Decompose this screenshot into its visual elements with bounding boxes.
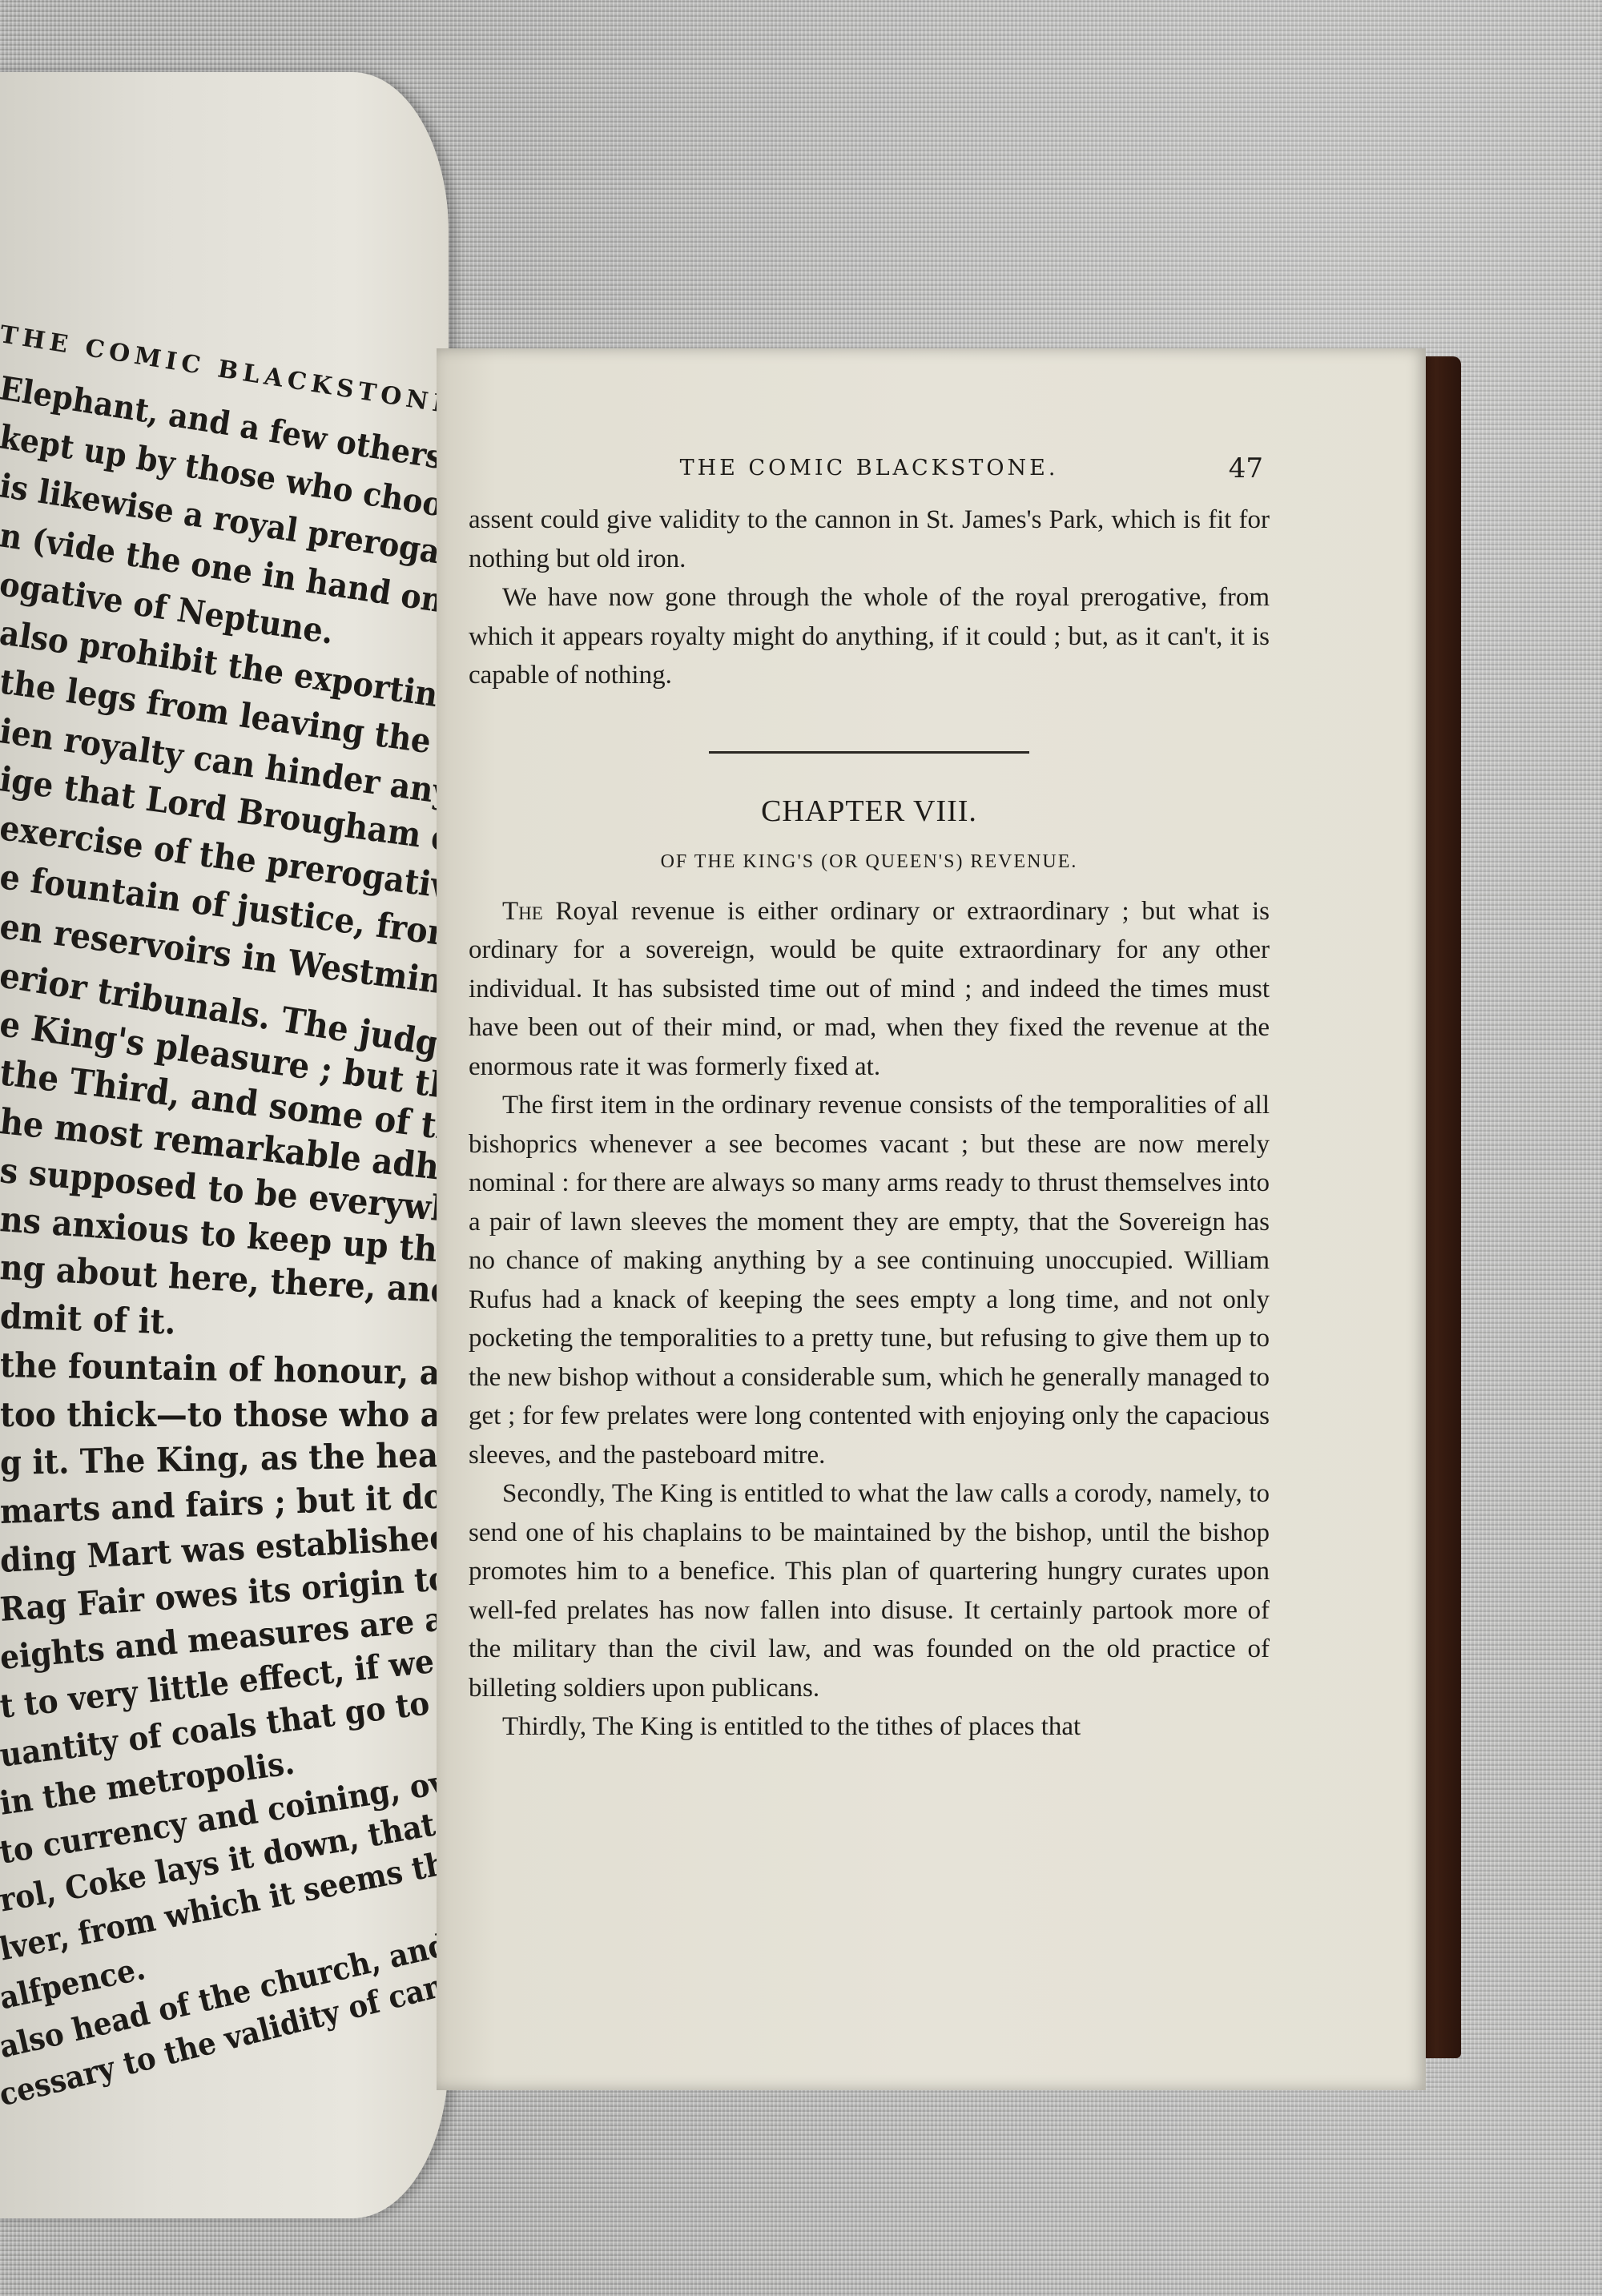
paragraph: Secondly, The King is entitled to what t… xyxy=(469,1474,1270,1707)
page-number: 47 xyxy=(1229,452,1263,485)
body-text: assent could give validity to the cannon… xyxy=(469,501,1270,1747)
paragraph-lead-smallcaps: The xyxy=(502,897,543,926)
paragraph: The Royal revenue is either ordinary or … xyxy=(469,892,1270,1087)
running-head: THE COMIC BLACKSTONE. 47 xyxy=(469,452,1270,501)
left-page-line: g it. The King, as the head of co xyxy=(0,1433,449,1482)
left-page-text: THE COMIC BLACKSTONE. Elephant, and a fe… xyxy=(0,72,449,2218)
chapter-title: CHAPTER VIII. xyxy=(469,794,1270,829)
left-page-line: dmit of it. xyxy=(0,1297,176,1343)
left-page-line: too thick—to those who are n xyxy=(0,1394,449,1434)
paragraph: Thirdly, The King is entitled to the tit… xyxy=(469,1707,1270,1747)
running-title: THE COMIC BLACKSTONE. xyxy=(469,456,1270,481)
chapter-subtitle: OF THE KING'S (OR QUEEN'S) REVENUE. xyxy=(469,851,1270,873)
section-divider-rule xyxy=(709,751,1029,754)
paragraph-text: Royal revenue is either ordinary or extr… xyxy=(469,897,1270,1081)
paragraph: We have now gone through the whole of th… xyxy=(469,578,1270,695)
right-page: THE COMIC BLACKSTONE. 47 assent could gi… xyxy=(437,348,1426,2090)
left-page: THE COMIC BLACKSTONE. Elephant, and a fe… xyxy=(0,72,449,2218)
paragraph: The first item in the ordinary revenue c… xyxy=(469,1086,1270,1474)
paragraph: assent could give validity to the cannon… xyxy=(469,501,1270,578)
left-page-line: the fountain of honour, and lays xyxy=(0,1345,449,1395)
